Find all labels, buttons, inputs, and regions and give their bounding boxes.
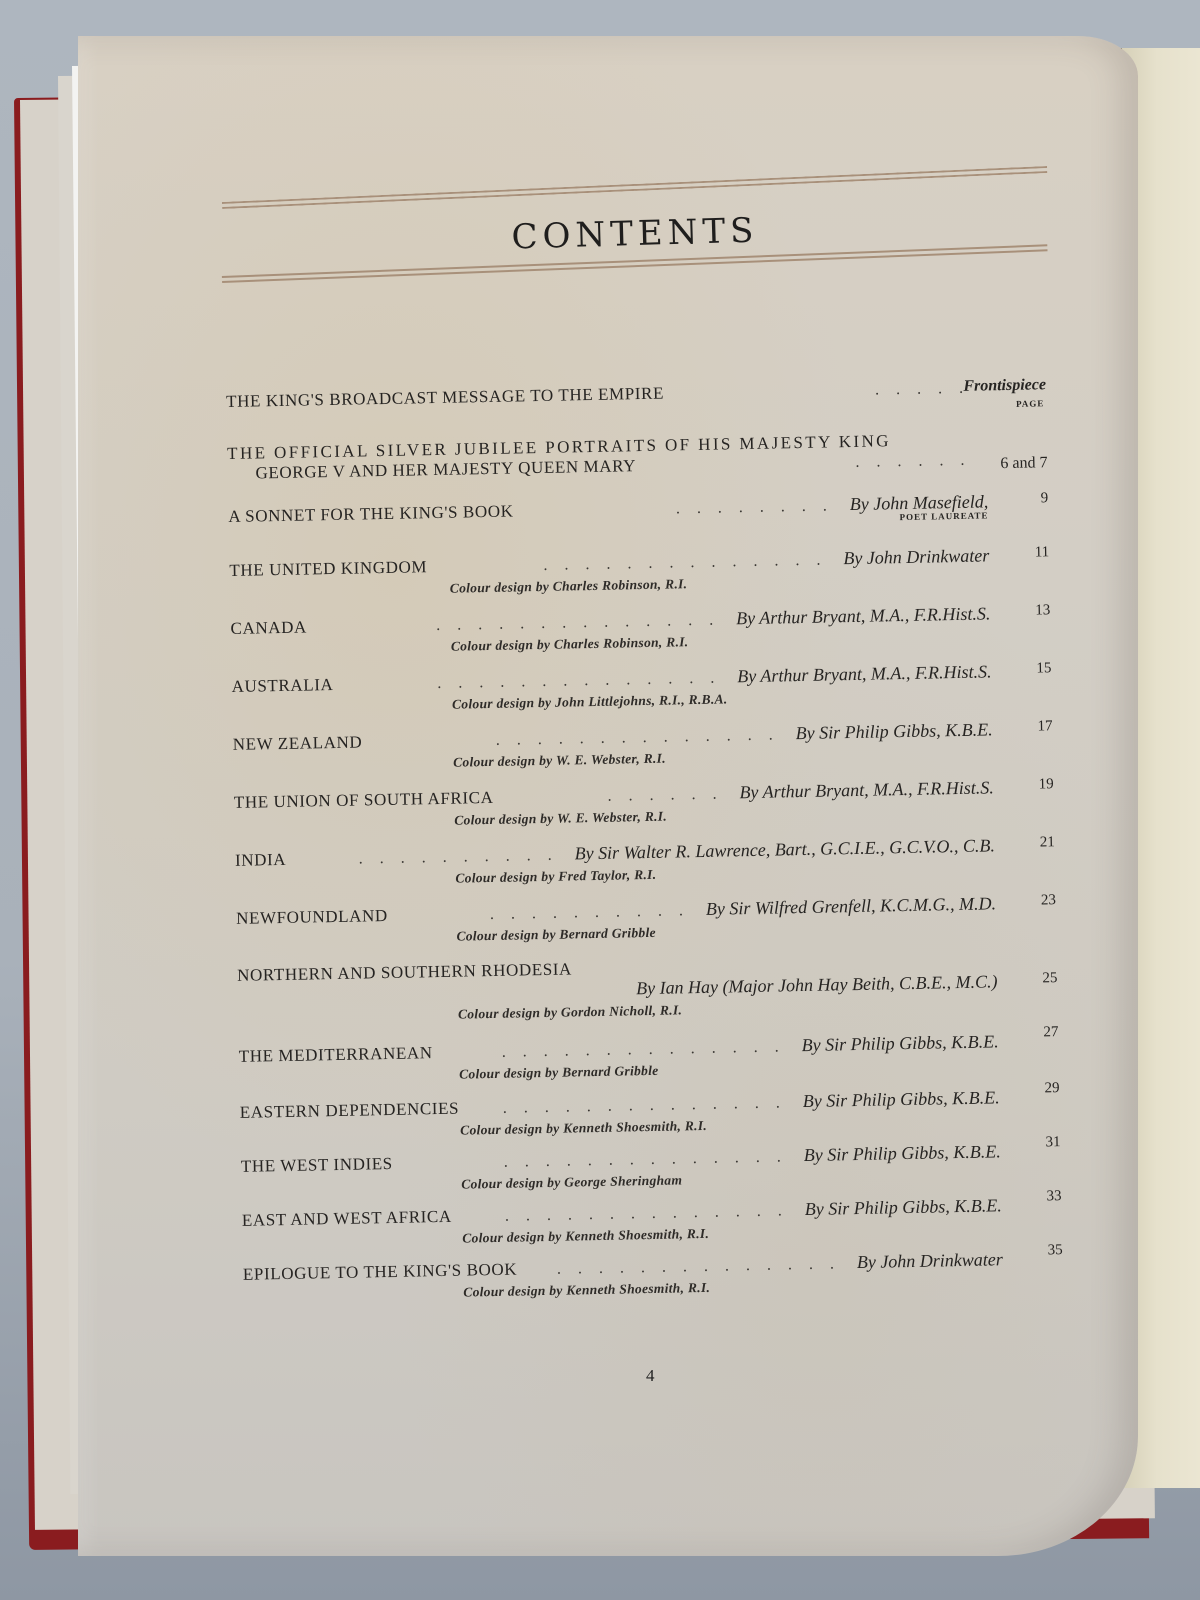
page-column-label: PAGE	[1016, 398, 1045, 409]
page-number: Frontispiece	[926, 376, 1046, 396]
entry-title: THE WEST INDIES	[241, 1154, 393, 1177]
entry-title: THE MEDITERRANEAN	[239, 1043, 433, 1067]
entry-title: INDIA	[235, 850, 287, 871]
entry-author: By Sir Philip Gibbs, K.B.E.	[795, 719, 992, 744]
entry-title: THE UNITED KINGDOM	[229, 557, 427, 581]
dot-leader: ......	[499, 785, 733, 807]
contents-heading: CONTENTS	[222, 188, 1048, 318]
entry-author: By Arthur Bryant, M.A., F.R.Hist.S.	[739, 777, 994, 803]
dot-leader: ..............	[458, 1202, 799, 1227]
dot-leader: ..............	[399, 1148, 798, 1174]
page-number: 35	[1002, 1242, 1062, 1260]
page-number: 13	[990, 602, 1050, 620]
entry-author: By Sir Philip Gibbs, K.B.E.	[805, 1195, 1002, 1220]
page-number: 21	[995, 834, 1055, 852]
page-number: 17	[992, 718, 1052, 736]
entry-author: By John Drinkwater	[857, 1249, 1003, 1273]
dot-leader: ..............	[368, 726, 790, 752]
book-photo-scene: CONTENTS THE KING'S BROADCAST MESSAGE TO…	[0, 0, 1200, 1600]
page-number: 27	[998, 1024, 1058, 1042]
contents-list: THE KING'S BROADCAST MESSAGE TO THE EMPI…	[226, 376, 1064, 1318]
entry-title: CANADA	[230, 617, 307, 638]
page-number: 11	[989, 544, 1049, 562]
dot-leader: ..............	[433, 551, 838, 577]
entry-author: By Sir Philip Gibbs, K.B.E.	[801, 1031, 998, 1056]
entry-author: By John Drinkwater	[843, 545, 989, 569]
page-title: CONTENTS	[222, 202, 1049, 265]
dot-leader: ..............	[523, 1255, 851, 1279]
entry-title: EASTERN DEPENDENCIES	[240, 1099, 460, 1123]
entry-title: EAST AND WEST AFRICA	[242, 1207, 452, 1231]
dot-leader: ..............	[438, 1038, 795, 1063]
entry-title: EPILOGUE TO THE KING'S BOOK	[243, 1260, 518, 1285]
page-folio-number: 4	[646, 1366, 655, 1386]
entry-author: By Arthur Bryant, M.A., F.R.Hist.S.	[736, 603, 991, 629]
dot-leader: ..............	[465, 1094, 797, 1118]
entry-author: By Sir Wilfred Grenfell, K.C.M.G., M.D.	[706, 893, 996, 920]
page-number: 15	[991, 660, 1051, 678]
page-number: 9	[988, 490, 1048, 508]
entry-title: NEWFOUNDLAND	[236, 906, 388, 929]
entry-author: By Sir Philip Gibbs, K.B.E.	[803, 1087, 1000, 1112]
dot-leader: ..........	[394, 902, 700, 926]
page-number: 33	[1001, 1188, 1061, 1206]
page-number: 23	[996, 892, 1056, 910]
page-number: 19	[994, 776, 1054, 794]
dot-leader: ......	[642, 452, 982, 477]
page-number: 29	[999, 1080, 1059, 1098]
page-number: 6 and 7	[987, 454, 1047, 473]
dot-leader: ..........	[292, 847, 569, 870]
dot-leader: ..............	[339, 669, 731, 695]
entry-title: AUSTRALIA	[231, 675, 333, 697]
page-number: 25	[997, 970, 1057, 988]
dot-leader: ..............	[313, 611, 731, 637]
entry-author: By Sir Philip Gibbs, K.B.E.	[804, 1141, 1001, 1166]
page-number: 31	[1000, 1134, 1060, 1152]
entry-title: NEW ZEALAND	[233, 732, 363, 754]
entry-title: THE UNION OF SOUTH AFRICA	[234, 788, 494, 813]
entry-author: By Arthur Bryant, M.A., F.R.Hist.S.	[737, 661, 992, 687]
